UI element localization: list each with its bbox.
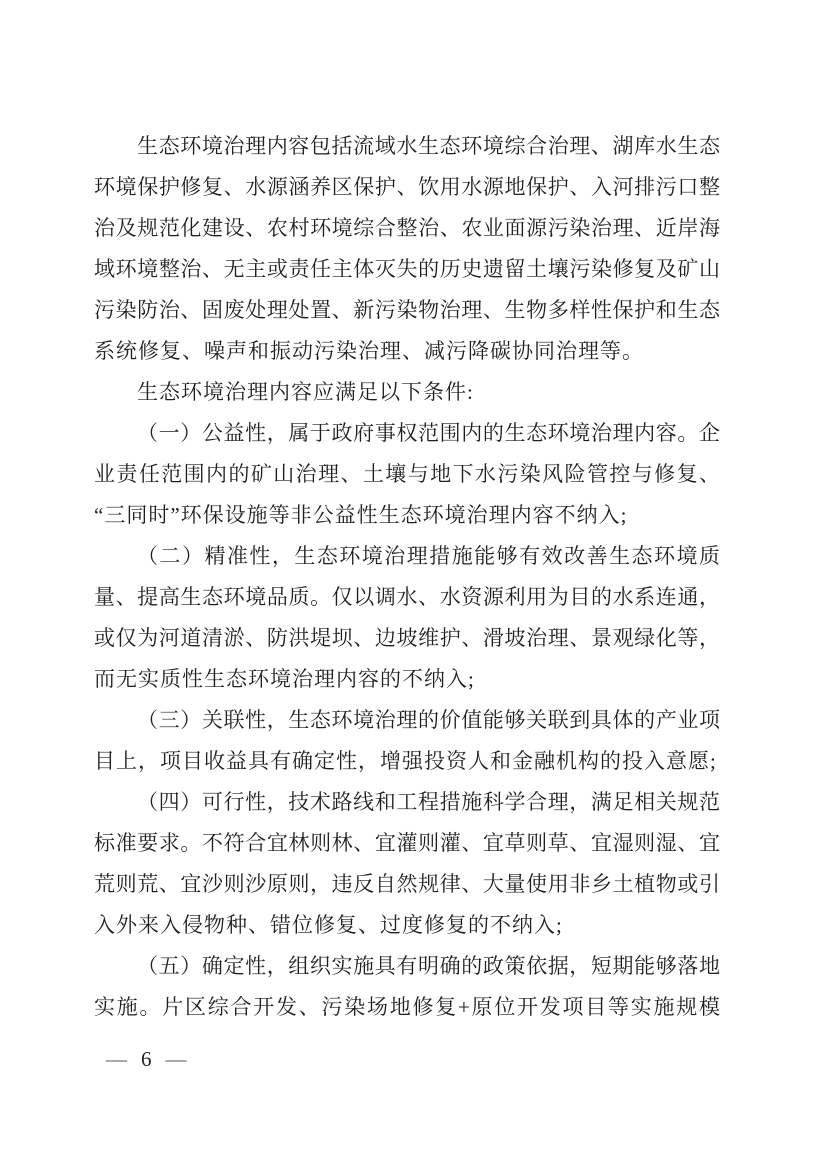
text-line: 实施。片区综合开发、污染场地修复+原位开发项目等实施规模: [94, 987, 720, 1028]
text-line: 入外来入侵物种、错位修复、过度修复的不纳入;: [94, 905, 720, 946]
paragraph: 生态环境治理内容应满足以下条件:: [94, 372, 720, 413]
text-line: 生态环境治理内容应满足以下条件:: [94, 372, 720, 413]
text-line: （二）精准性，生态环境治理措施能够有效改善生态环境质: [94, 536, 720, 577]
text-line: 生态环境治理内容包括流域水生态环境综合治理、湖库水生态: [94, 126, 720, 167]
paragraph: （五）确定性，组织实施具有明确的政策依据，短期能够落地实施。片区综合开发、污染场…: [94, 946, 720, 1028]
paragraph: （三）关联性，生态环境治理的价值能够关联到具体的产业项目上，项目收益具有确定性，…: [94, 700, 720, 782]
text-line: （四）可行性，技术路线和工程措施科学合理，满足相关规范: [94, 782, 720, 823]
footer-dash-left: —: [106, 1047, 127, 1072]
text-line: “三同时”环保设施等非公益性生态环境治理内容不纳入;: [94, 495, 720, 536]
text-line: 目上，项目收益具有确定性，增强投资人和金融机构的投入意愿;: [94, 741, 720, 782]
paragraph: （四）可行性，技术路线和工程措施科学合理，满足相关规范标准要求。不符合宜林则林、…: [94, 782, 720, 946]
text-line: 系统修复、噪声和振动污染治理、减污降碳协同治理等。: [94, 331, 720, 372]
text-line: （五）确定性，组织实施具有明确的政策依据，短期能够落地: [94, 946, 720, 987]
text-line: （一）公益性，属于政府事权范围内的生态环境治理内容。企: [94, 413, 720, 454]
text-line: 或仅为河道清淤、防洪堤坝、边坡维护、滑坡治理、景观绿化等，: [94, 618, 720, 659]
document-page: 生态环境治理内容包括流域水生态环境综合治理、湖库水生态环境保护修复、水源涵养区保…: [0, 0, 826, 1169]
page-footer: — 6 —: [106, 1044, 187, 1074]
text-line: 治及规范化建设、农村环境综合整治、农业面源污染治理、近岸海: [94, 208, 720, 249]
text-line: 而无实质性生态环境治理内容的不纳入;: [94, 659, 720, 700]
paragraph: 生态环境治理内容包括流域水生态环境综合治理、湖库水生态环境保护修复、水源涵养区保…: [94, 126, 720, 372]
text-line: 环境保护修复、水源涵养区保护、饮用水源地保护、入河排污口整: [94, 167, 720, 208]
text-line: 量、提高生态环境品质。仅以调水、水资源利用为目的水系连通，: [94, 577, 720, 618]
text-line: 标准要求。不符合宜林则林、宜灌则灌、宜草则草、宜湿则湿、宜: [94, 823, 720, 864]
page-number: 6: [141, 1047, 152, 1072]
paragraph: （一）公益性，属于政府事权范围内的生态环境治理内容。企业责任范围内的矿山治理、土…: [94, 413, 720, 536]
text-line: 域环境整治、无主或责任主体灭失的历史遗留土壤污染修复及矿山: [94, 249, 720, 290]
paragraph: （二）精准性，生态环境治理措施能够有效改善生态环境质量、提高生态环境品质。仅以调…: [94, 536, 720, 700]
text-line: 业责任范围内的矿山治理、土壤与地下水污染风险管控与修复、: [94, 454, 720, 495]
text-line: （三）关联性，生态环境治理的价值能够关联到具体的产业项: [94, 700, 720, 741]
footer-dash-right: —: [166, 1047, 187, 1072]
document-body: 生态环境治理内容包括流域水生态环境综合治理、湖库水生态环境保护修复、水源涵养区保…: [94, 126, 720, 1028]
text-line: 污染防治、固废处理处置、新污染物治理、生物多样性保护和生态: [94, 290, 720, 331]
text-line: 荒则荒、宜沙则沙原则，违反自然规律、大量使用非乡土植物或引: [94, 864, 720, 905]
